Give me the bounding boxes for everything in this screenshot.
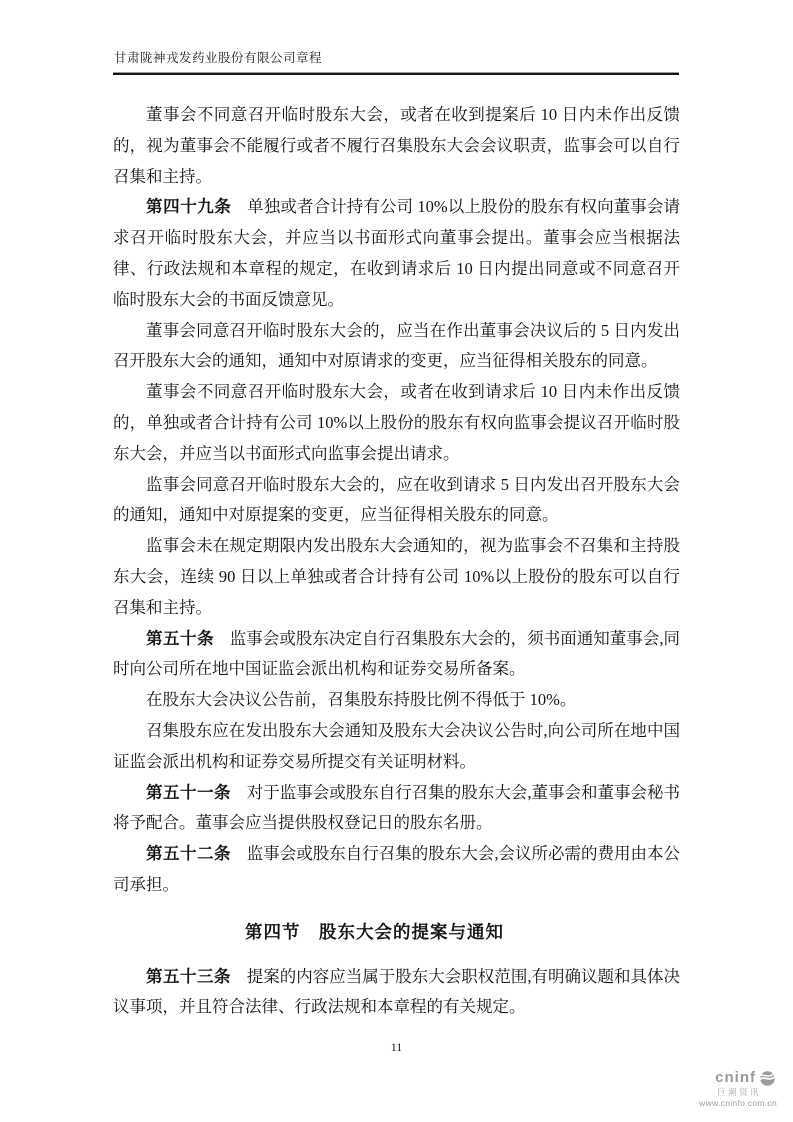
section-heading: 第四节 股东大会的提案与通知: [113, 917, 680, 948]
paragraph: 监事会同意召开临时股东大会的，应在收到请求 5 日内发出召开股东大会的通知，通知…: [113, 470, 680, 532]
document-header: 甘肃陇神戎发药业股份有限公司章程: [113, 48, 679, 75]
paragraph-text: 监事会未在规定期限内发出股东大会通知的，视为监事会不召集和主持股东大会，连续 9…: [113, 536, 680, 617]
cninfo-brand-text: cninf: [715, 1070, 756, 1087]
header-rule: [113, 72, 679, 75]
cninfo-swirl-icon: [758, 1070, 777, 1087]
cninfo-chinese-name: 巨潮资讯: [717, 1088, 761, 1097]
paragraph: 董事会不同意召开临时股东大会，或者在收到请求后 10 日内未作出反馈的，单独或者…: [113, 377, 680, 469]
paragraph: 董事会不同意召开临时股东大会，或者在收到提案后 10 日内未作出反馈的，视为董事…: [113, 100, 680, 192]
paragraph-text: 监事会同意召开临时股东大会的，应在收到请求 5 日内发出召开股东大会的通知，通知…: [113, 475, 680, 525]
paragraph-article-49: 第四十九条单独或者合计持有公司 10%以上股份的股东有权向董事会请求召开临时股东…: [113, 192, 680, 315]
cninfo-url: www.cninfo.com.cn: [699, 1099, 777, 1108]
article-number: 第五十三条: [146, 967, 231, 986]
article-number: 第五十条: [146, 629, 214, 648]
page-number: 11: [0, 1040, 793, 1055]
paragraph: 召集股东应在发出股东大会通知及股东大会决议公告时,向公司所在地中国证监会派出机构…: [113, 716, 680, 778]
paragraph-text: 在股东大会决议公告前，召集股东持股比例不得低于 10%。: [146, 690, 576, 709]
paragraph-text: 召集股东应在发出股东大会通知及股东大会决议公告时,向公司所在地中国证监会派出机构…: [113, 721, 680, 771]
document-body: 董事会不同意召开临时股东大会，或者在收到提案后 10 日内未作出反馈的，视为董事…: [113, 100, 680, 1023]
article-number: 第四十九条: [146, 197, 232, 216]
paragraph-article-53: 第五十三条提案的内容应当属于股东大会职权范围,有明确议题和具体决议事项，并且符合…: [113, 962, 680, 1024]
paragraph-article-51: 第五十一条对于监事会或股东自行召集的股东大会,董事会和董事会秘书将予配合。董事会…: [113, 778, 680, 840]
article-number: 第五十二条: [146, 844, 231, 863]
paragraph-text: 董事会同意召开临时股东大会的，应当在作出董事会决议后的 5 日内发出召开股东大会…: [113, 321, 680, 371]
paragraph-text: 董事会不同意召开临时股东大会，或者在收到请求后 10 日内未作出反馈的，单独或者…: [113, 382, 680, 463]
cninfo-watermark: cninf 巨潮资讯 www.cninfo.com.cn: [699, 1070, 777, 1109]
paragraph: 董事会同意召开临时股东大会的，应当在作出董事会决议后的 5 日内发出召开股东大会…: [113, 316, 680, 378]
document-title: 甘肃陇神戎发药业股份有限公司章程: [114, 48, 679, 66]
paragraph: 监事会未在规定期限内发出股东大会通知的，视为监事会不召集和主持股东大会，连续 9…: [113, 531, 680, 623]
article-number: 第五十一条: [146, 783, 231, 802]
paragraph: 在股东大会决议公告前，召集股东持股比例不得低于 10%。: [113, 685, 680, 716]
paragraph-article-52: 第五十二条监事会或股东自行召集的股东大会,会议所必需的费用由本公司承担。: [113, 839, 680, 901]
paragraph-article-50: 第五十条监事会或股东决定自行召集股东大会的，须书面通知董事会,同时向公司所在地中…: [113, 624, 680, 686]
cninfo-brand-row: cninf: [715, 1070, 777, 1087]
paragraph-text: 董事会不同意召开临时股东大会，或者在收到提案后 10 日内未作出反馈的，视为董事…: [113, 105, 680, 186]
